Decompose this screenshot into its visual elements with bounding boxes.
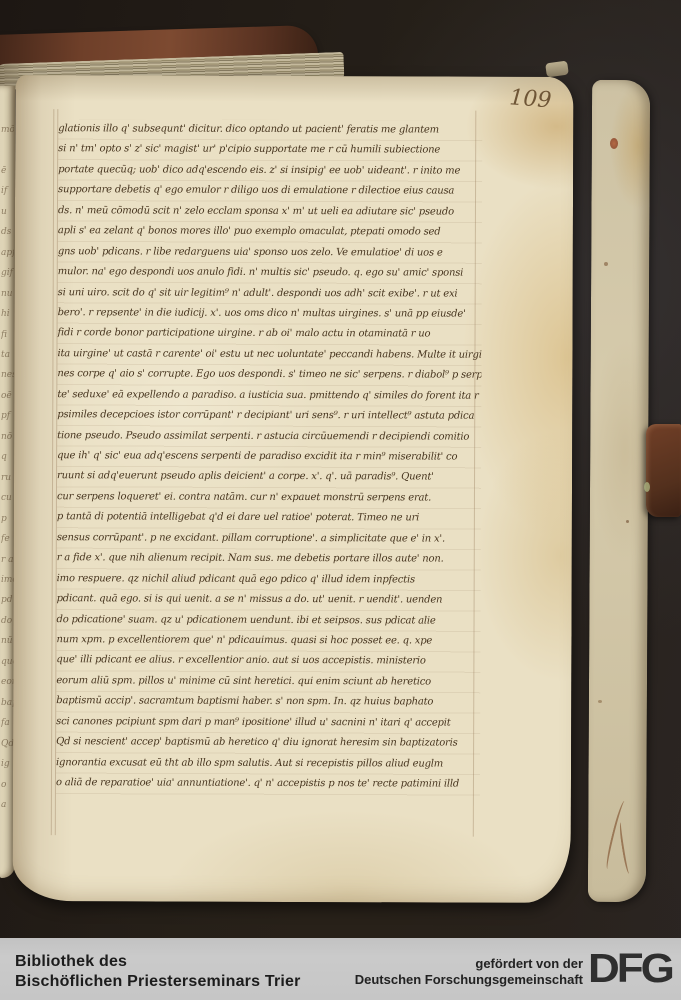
manuscript-line: te' seduxe' eā expellendo a paradiso. a … — [57, 385, 481, 407]
manuscript-line: si n' tm' opto s' z' sic' magist' ur' p'… — [58, 140, 482, 162]
library-name-line1: Bibliothek des — [15, 952, 301, 972]
folio-number: 109 — [509, 85, 553, 113]
footer-banner: Bibliothek des Bischöflichen Priestersem… — [0, 938, 681, 1000]
manuscript-line: baptismū accip'. sacramtum baptismi habe… — [56, 691, 480, 713]
manuscript-line: o aliā de reparatioe' uia' annuntiatione… — [56, 773, 480, 795]
red-stain-speck — [610, 138, 618, 149]
manuscript-line: que ih' q' sic' eua adq'escens serpenti … — [57, 446, 481, 468]
manuscript-text-block: glationis illo q' subsequnt' dicitur. di… — [56, 119, 482, 810]
left-margin-ruling — [51, 109, 55, 835]
manuscript-line: bero'. r repsente' in die iudicij. x'. u… — [58, 303, 482, 325]
manuscript-line: ds. n' meū cōmodū scit n' zelo ecclam sp… — [58, 201, 482, 223]
manuscript-line: fidi r corde bonor participatione uirgin… — [58, 324, 482, 346]
manuscript-line: supportare debetis q' ego emulor r dilig… — [58, 180, 482, 202]
manuscript-line: mulor. na' ego despondi uos anulo fidi. … — [58, 262, 482, 284]
page-corner-knob — [545, 61, 569, 78]
manuscript-line: num xpm. p excellentiorem que' n' pdicau… — [56, 630, 480, 652]
digitized-manuscript-page: mō ē if u ds apf gif nu hi fi ta nes oē … — [0, 0, 681, 1000]
manuscript-line: p tantā di potentiā intelligebat q'd ei … — [57, 507, 481, 529]
manuscript-line: portate quecūq; uob' dico adq'escendo ei… — [58, 160, 482, 182]
facing-page-text-fragments: mō ē if u ds apf gif nu hi fi ta nes oē … — [1, 120, 14, 820]
manuscript-line: pdicant. quā ego. si is qui uenit. a se … — [57, 589, 481, 611]
manuscript-line: do pdicatione' suam. qz u' pdicationem u… — [57, 610, 481, 632]
manuscript-line: Qd si nescient' accep' baptismū ab heret… — [56, 732, 480, 754]
manuscript-line: ita uirgine' ut castā r carente' oi' est… — [57, 344, 481, 366]
library-name: Bibliothek des Bischöflichen Priestersem… — [15, 952, 301, 992]
manuscript-line: nes corpe q' aio s' corrupte. Ego uos de… — [57, 364, 481, 386]
stain-speck — [626, 520, 629, 523]
manuscript-line: eorum aliū spm. pillos u' minime cū sint… — [56, 671, 480, 693]
manuscript-line: gns uob' pdicans. r libe redarguens uia'… — [58, 242, 482, 264]
manuscript-line: ruunt si adq'euerunt pseudo aplis deicie… — [57, 467, 481, 489]
funding-credit-line1: gefördert von der — [355, 956, 583, 972]
leather-clasp-fragment — [646, 424, 681, 517]
parchment-page: 109 glationis illo q' subsequnt' dicitur… — [13, 75, 574, 903]
manuscript-line: tione pseudo. Pseudo assimilat serpenti.… — [57, 426, 481, 448]
manuscript-line: psimiles decepcioes istor corrūpant' r d… — [57, 405, 481, 427]
manuscript-line: apli s' ea zelant q' bonos mores illo' p… — [58, 221, 482, 243]
funding-credit-line2: Deutschen Forschungsgemeinschaft — [355, 972, 583, 988]
manuscript-line: glationis illo q' subsequnt' dicitur. di… — [58, 119, 482, 141]
manuscript-line: sci canones pcipiunt spm dari p man⁹ ipo… — [56, 712, 480, 734]
manuscript-line: que' illi pdicant ee alius. r excellenti… — [56, 651, 480, 673]
manuscript-photo: mō ē if u ds apf gif nu hi fi ta nes oē … — [0, 0, 681, 938]
manuscript-line: cur serpens loqueret' ei. contra natām. … — [57, 487, 481, 509]
manuscript-line: imo respuere. qz nichil aliud pdicant qu… — [57, 569, 481, 591]
funding-credit: gefördert von der Deutschen Forschungsge… — [355, 956, 583, 988]
manuscript-line: r a fide x'. que nih alienum recipit. Na… — [57, 548, 481, 570]
library-name-line2: Bischöflichen Priesterseminars Trier — [15, 972, 301, 992]
manuscript-line: sensus corrūpant'. p ne excidant. pillam… — [57, 528, 481, 550]
manuscript-line: ignorantia excusat eū tht ab illo spm sa… — [56, 753, 480, 775]
manuscript-line: si uni uiro. scit do q' sit uir legitim⁹… — [58, 283, 482, 305]
dfg-logo: DFG — [588, 950, 678, 989]
